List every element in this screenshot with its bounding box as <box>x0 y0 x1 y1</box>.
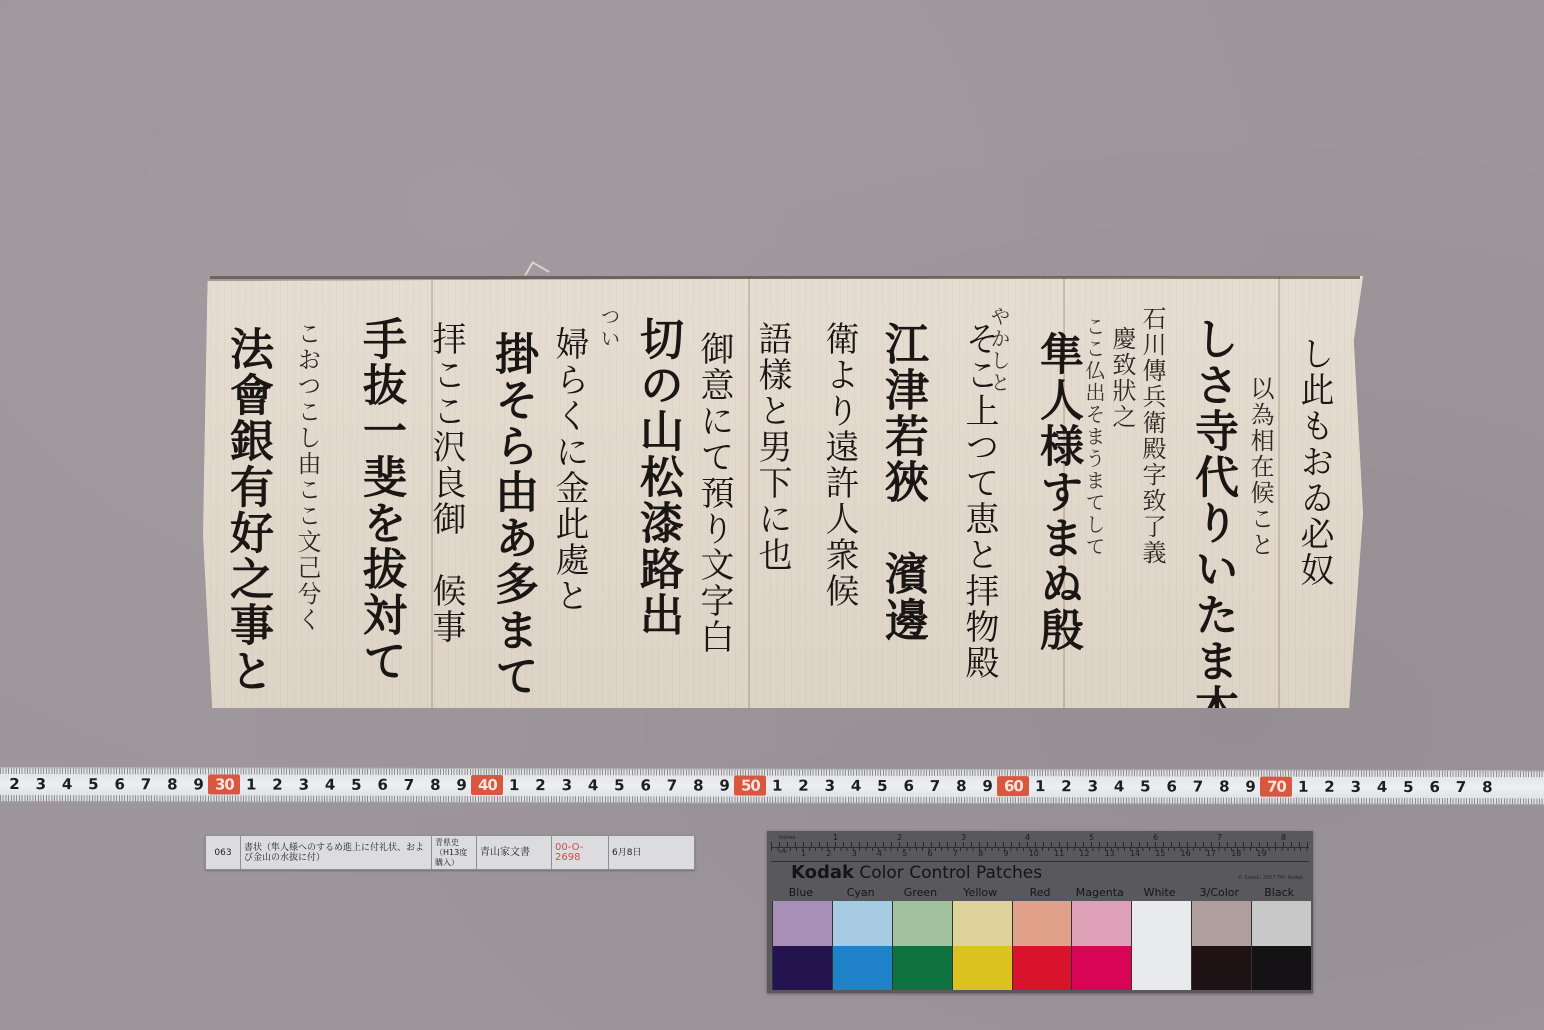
inch-mark: 4 <box>1025 833 1030 843</box>
patch-label-yellow: Yellow <box>950 886 1010 900</box>
patch-magenta <box>1071 901 1131 990</box>
patch-dark <box>1252 946 1311 991</box>
inch-mark: 8 <box>1281 833 1286 843</box>
patch-light <box>1132 901 1191 946</box>
patch-yellow <box>952 901 1012 990</box>
patch-label-cyan: Cyan <box>831 886 891 900</box>
inch-mark: 6 <box>1153 833 1158 843</box>
patch-label-3-color: 3/Color <box>1189 886 1249 900</box>
patch-red <box>1012 901 1072 990</box>
ruler-mark: 2 <box>1316 777 1343 797</box>
patch-dark <box>1192 946 1251 991</box>
patch-names: BlueCyanGreenYellowRedMagentaWhite3/Colo… <box>771 886 1309 900</box>
ruler-mark: 8 <box>1211 777 1238 797</box>
calligraphy-column: 掛そら由あ多まて <box>480 331 544 699</box>
ruler-mark: 6 <box>369 775 396 795</box>
ruler-mark: 3 <box>290 775 317 795</box>
cm-mark: 10 <box>1029 849 1039 859</box>
inch-scale <box>771 833 1309 848</box>
ruler-mark: 8 <box>1474 777 1501 797</box>
patch-light <box>1252 901 1311 946</box>
cm-mark: 5 <box>902 849 907 859</box>
patch-label-red: Red <box>1010 886 1070 900</box>
paper-top-edge <box>210 276 1360 279</box>
ruler-mark: 1 <box>238 774 265 794</box>
ruler-mark: 4 <box>1106 776 1133 796</box>
cm-mark: 13 <box>1105 849 1115 859</box>
ruler-mark: 1 <box>764 776 791 796</box>
patch-dark <box>953 946 1012 991</box>
ruler-mark: 2 <box>1053 776 1080 796</box>
manuscript-letter: し此もおゐ必奴以為相在候ことしさ寺代りいたま木石川傳兵衛殿字致了義慶致狀之ここ仏… <box>203 276 1363 708</box>
label-item-number: 063 <box>206 836 241 869</box>
color-patches <box>772 901 1311 990</box>
calligraphy-column: 慶致狀之 <box>1105 326 1140 430</box>
ruler-mark: 3 <box>1079 776 1106 796</box>
ruler-mark: 6 <box>1158 776 1185 796</box>
calligraphy-column: 切の山松漆路出 <box>625 316 689 638</box>
cm-mark: 16 <box>1181 849 1191 859</box>
inch-unit-label: inches <box>779 835 795 841</box>
patch-green <box>892 901 952 990</box>
patch-dark <box>1013 946 1072 991</box>
patch-label-white: White <box>1130 886 1190 900</box>
ruler-mark: 7 <box>132 774 159 794</box>
ruler-mark: 6 <box>1421 777 1448 797</box>
calligraphy-column: 石川傳兵衛殿字致了義 <box>1135 306 1170 566</box>
patch-dark <box>1072 946 1131 991</box>
ruler-mark: 8 <box>948 776 975 796</box>
calligraphy-column: 江津若狹 濱邊 <box>870 321 934 643</box>
ruler-mark: 2 <box>527 775 554 795</box>
ruler-mark: 6 <box>632 775 659 795</box>
paper-fold-line <box>1278 276 1280 708</box>
ruler-mark: 4 <box>843 776 870 796</box>
cm-mark: 18 <box>1231 849 1241 859</box>
ruler-mark: 3 <box>553 775 580 795</box>
ruler-mark: 6 <box>106 774 133 794</box>
ruler-mark: 5 <box>606 775 633 795</box>
calligraphy-column: 御意にて預り文字白 <box>690 331 739 655</box>
cm-mark: 11 <box>1054 849 1064 859</box>
inch-mark: 7 <box>1217 833 1222 843</box>
calligraphy-column: 隼人様すまぬ殷 <box>1025 331 1089 653</box>
ruler-mark: 3 <box>816 776 843 796</box>
ruler-mark: 5 <box>1395 777 1422 797</box>
ruler-mark: 4 <box>580 775 607 795</box>
ruler-mark: 8 <box>422 775 449 795</box>
patch-dark <box>893 946 952 991</box>
inch-mark: 5 <box>1089 833 1094 843</box>
patch-blue <box>772 901 832 990</box>
ruler-mark: 1 <box>1027 776 1054 796</box>
ruler-mark: 1 <box>1290 777 1317 797</box>
patch-dark <box>833 946 892 991</box>
cm-mark: 4 <box>877 849 882 859</box>
cm-mark: 8 <box>978 849 983 859</box>
ruler-mark: 2 <box>790 776 817 796</box>
ruler-mark: 3 <box>27 774 54 794</box>
patch-dark <box>1132 946 1191 991</box>
label-title: 書状（隼人様へのするめ進上に付礼状、および金山の水抜に付） <box>241 836 432 869</box>
kodak-brand: Kodak <box>791 862 854 883</box>
ruler-mark: 1 <box>501 775 528 795</box>
calligraphy-column: つい <box>595 306 624 350</box>
calligraphy-column: 婦らくに金此處と <box>545 326 594 614</box>
ruler-mark: 8 <box>159 774 186 794</box>
ruler-mark: 8 <box>685 775 712 795</box>
calligraphy-column: こおつこし由ここ文己兮く <box>290 321 325 633</box>
cm-mark: 9 <box>1003 849 1008 859</box>
patch-white <box>1131 901 1191 990</box>
ruler-decade-mark: 30 <box>208 774 240 794</box>
patch-label-black: Black <box>1249 886 1309 900</box>
ruler-mark: 5 <box>869 776 896 796</box>
cm-mark: 1 <box>801 849 806 859</box>
calligraphy-column: しさ寺代りいたま木 <box>1180 316 1244 730</box>
cm-mark: 6 <box>928 849 933 859</box>
ruler-mark: 7 <box>395 775 422 795</box>
cm-mark: 14 <box>1130 849 1140 859</box>
calligraphy-column: 手抜一斐を拔対て <box>348 316 412 684</box>
ruler-mark: 2 <box>264 775 291 795</box>
ruler-mark: 7 <box>1184 776 1211 796</box>
kodak-subtitle: Color Control Patches <box>859 863 1042 883</box>
label-source: 青県史（H13度購入） <box>432 836 477 869</box>
cm-mark: 17 <box>1206 849 1216 859</box>
ruler-mark: 5 <box>1132 776 1159 796</box>
cm-mark: 12 <box>1079 849 1089 859</box>
cm-unit-label: cm <box>779 849 787 855</box>
patch-label-blue: Blue <box>771 886 831 900</box>
patch-light <box>1072 901 1131 946</box>
patch-black <box>1251 901 1311 990</box>
cm-mark: 3 <box>852 849 857 859</box>
ruler-mark: 4 <box>1369 777 1396 797</box>
ruler-mark: 7 <box>921 776 948 796</box>
kodak-color-target: inches cm 123456781234567891011121314151… <box>767 831 1313 993</box>
patch-dark <box>773 946 832 991</box>
cm-mark: 19 <box>1256 849 1266 859</box>
archive-label: 063 書状（隼人様へのするめ進上に付礼状、および金山の水抜に付） 青県史（H1… <box>205 835 695 870</box>
inch-mark: 3 <box>961 833 966 843</box>
ruler-decade-mark: 40 <box>471 775 503 795</box>
patch-3-color <box>1191 901 1251 990</box>
patch-light <box>773 901 832 946</box>
calligraphy-column: 語樣と男下に也 <box>748 321 797 573</box>
calligraphy-column: 衛より遠許人衆候 <box>815 321 864 609</box>
cm-mark: 2 <box>826 849 831 859</box>
ruler-mark: 2 <box>1 774 28 794</box>
ruler-mark: 5 <box>80 774 107 794</box>
calligraphy-column: そこ上つて恵と拝物殿 <box>955 321 1004 681</box>
cm-mark: 7 <box>953 849 958 859</box>
patch-light <box>1013 901 1072 946</box>
calligraphy-column: 法會銀有好之事と <box>215 326 279 694</box>
kodak-scale: inches cm 123456781234567891011121314151… <box>771 833 1309 862</box>
label-date: 6月8日 <box>609 836 694 869</box>
patch-light <box>1192 901 1251 946</box>
ruler-mark: 3 <box>1342 777 1369 797</box>
ruler-mark: 4 <box>317 775 344 795</box>
ruler-mark: 6 <box>895 776 922 796</box>
ruler-mark: 4 <box>54 774 81 794</box>
ruler-decade-mark: 60 <box>997 776 1029 796</box>
inch-mark: 1 <box>833 833 838 843</box>
patch-label-magenta: Magenta <box>1070 886 1130 900</box>
calligraphy-column: し此もおゐ必奴 <box>1290 336 1339 588</box>
calligraphy-column: 以為相在候こと <box>1243 376 1278 558</box>
label-collection: 青山家文書 <box>477 836 552 869</box>
ruler-mark: 5 <box>343 775 370 795</box>
ruler-decade-mark: 50 <box>734 776 766 796</box>
inch-mark: 2 <box>897 833 902 843</box>
kodak-title: Kodak Color Control Patches <box>791 862 1042 883</box>
patch-label-green: Green <box>891 886 951 900</box>
ruler-decade-mark: 70 <box>1260 777 1292 797</box>
patch-light <box>893 901 952 946</box>
kodak-copyright: © Kodak, 2007 TM: Kodak <box>1238 875 1303 881</box>
calligraphy-column: 拝ここ沢良御 候事 <box>422 321 471 645</box>
patch-light <box>833 901 892 946</box>
ruler-mark: 7 <box>658 775 685 795</box>
patch-light <box>953 901 1012 946</box>
label-code: 00-O-2698 <box>552 836 609 869</box>
ruler-mark: 7 <box>1447 777 1474 797</box>
tape-measure-ruler: 2345678930123456789401234567895012345678… <box>0 767 1544 805</box>
patch-cyan <box>832 901 892 990</box>
cm-mark: 15 <box>1155 849 1165 859</box>
